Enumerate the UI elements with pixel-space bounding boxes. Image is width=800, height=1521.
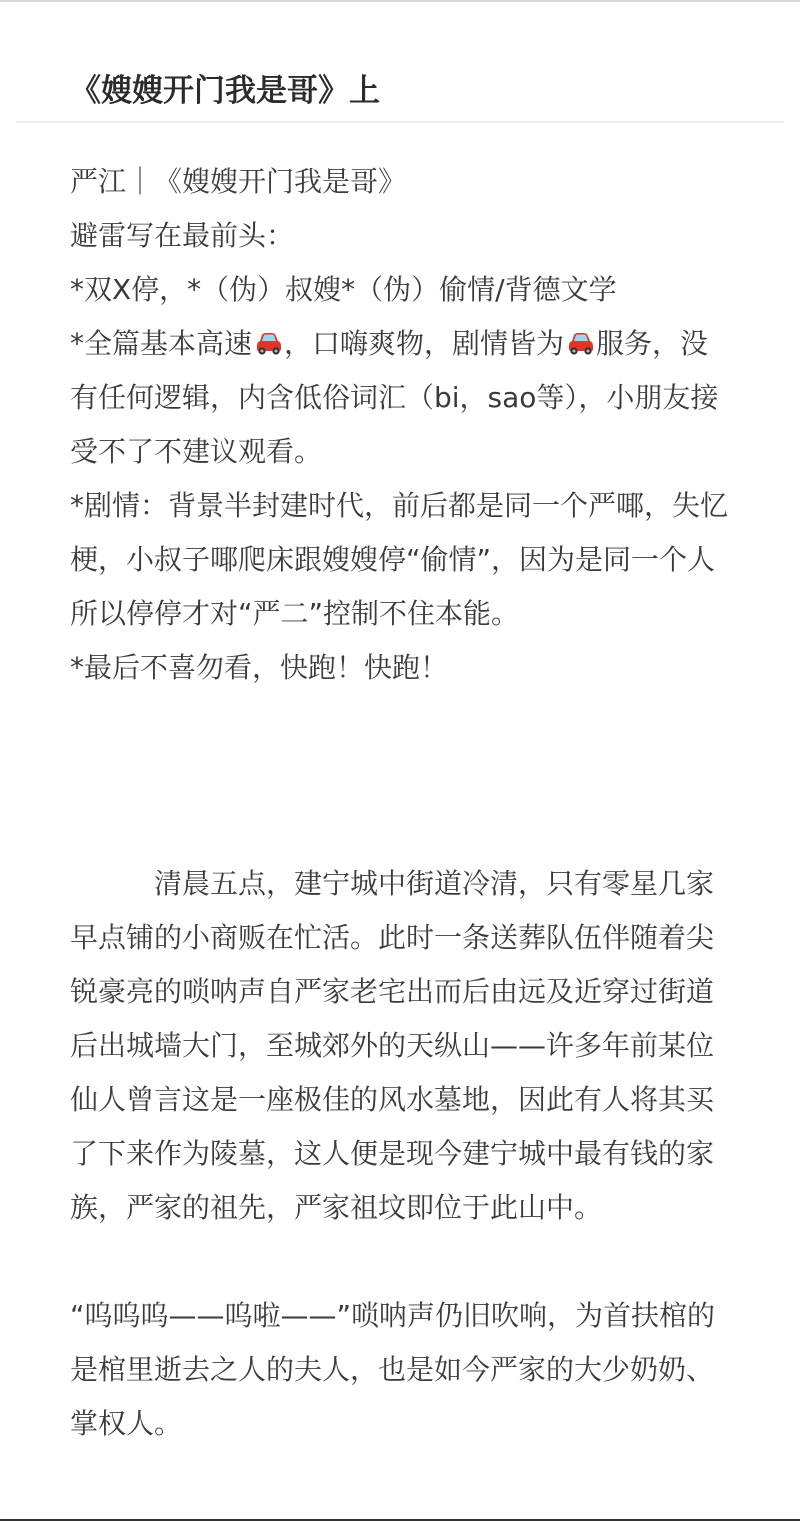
story-section: 清晨五点，建宁城中街道冷清，只有零星几家早点铺的小商贩在忙活。此时一条送葬队伍伴…	[70, 857, 735, 1451]
title-divider	[16, 121, 784, 123]
car-emoji-icon	[253, 330, 283, 356]
story-paragraph-1: 清晨五点，建宁城中街道冷清，只有零星几家早点铺的小商贩在忙活。此时一条送葬队伍伴…	[70, 857, 735, 1235]
warning-heading: 避雷写在最前头：	[70, 209, 735, 263]
author-line: 严江｜《嫂嫂开门我是哥》	[70, 155, 735, 209]
article-body: 严江｜《嫂嫂开门我是哥》 避雷写在最前头： *双X停，*（伪）叔嫂*（伪）偷情/…	[70, 155, 735, 1451]
paragraph-spacer	[70, 1235, 735, 1289]
section-spacer	[70, 695, 735, 857]
content-note-part1: *全篇基本高速	[70, 327, 252, 360]
content-note: *全篇基本高速，口嗨爽物，剧情皆为服务，没有任何逻辑，内含低俗词汇（bi，sao…	[70, 317, 735, 479]
article-title: 《嫂嫂开门我是哥》上	[70, 69, 380, 113]
car-emoji-icon	[565, 330, 595, 356]
tags-line: *双X停，*（伪）叔嫂*（伪）偷情/背德文学	[70, 263, 735, 317]
top-edge	[0, 0, 800, 2]
content-note-part2: ，口嗨爽物，剧情皆为	[284, 327, 564, 360]
final-warning: *最后不喜勿看，快跑！快跑！	[70, 641, 735, 695]
story-paragraph-2: “呜呜呜——呜啦——”唢呐声仍旧吹响，为首扶棺的是棺里逝去之人的夫人，也是如今严…	[70, 1289, 735, 1451]
plot-note: *剧情：背景半封建时代，前后都是同一个严㖿，失忆梗，小叔子㖿爬床跟嫂嫂停“偷情”…	[70, 479, 735, 641]
intro-section: 严江｜《嫂嫂开门我是哥》 避雷写在最前头： *双X停，*（伪）叔嫂*（伪）偷情/…	[70, 155, 735, 695]
